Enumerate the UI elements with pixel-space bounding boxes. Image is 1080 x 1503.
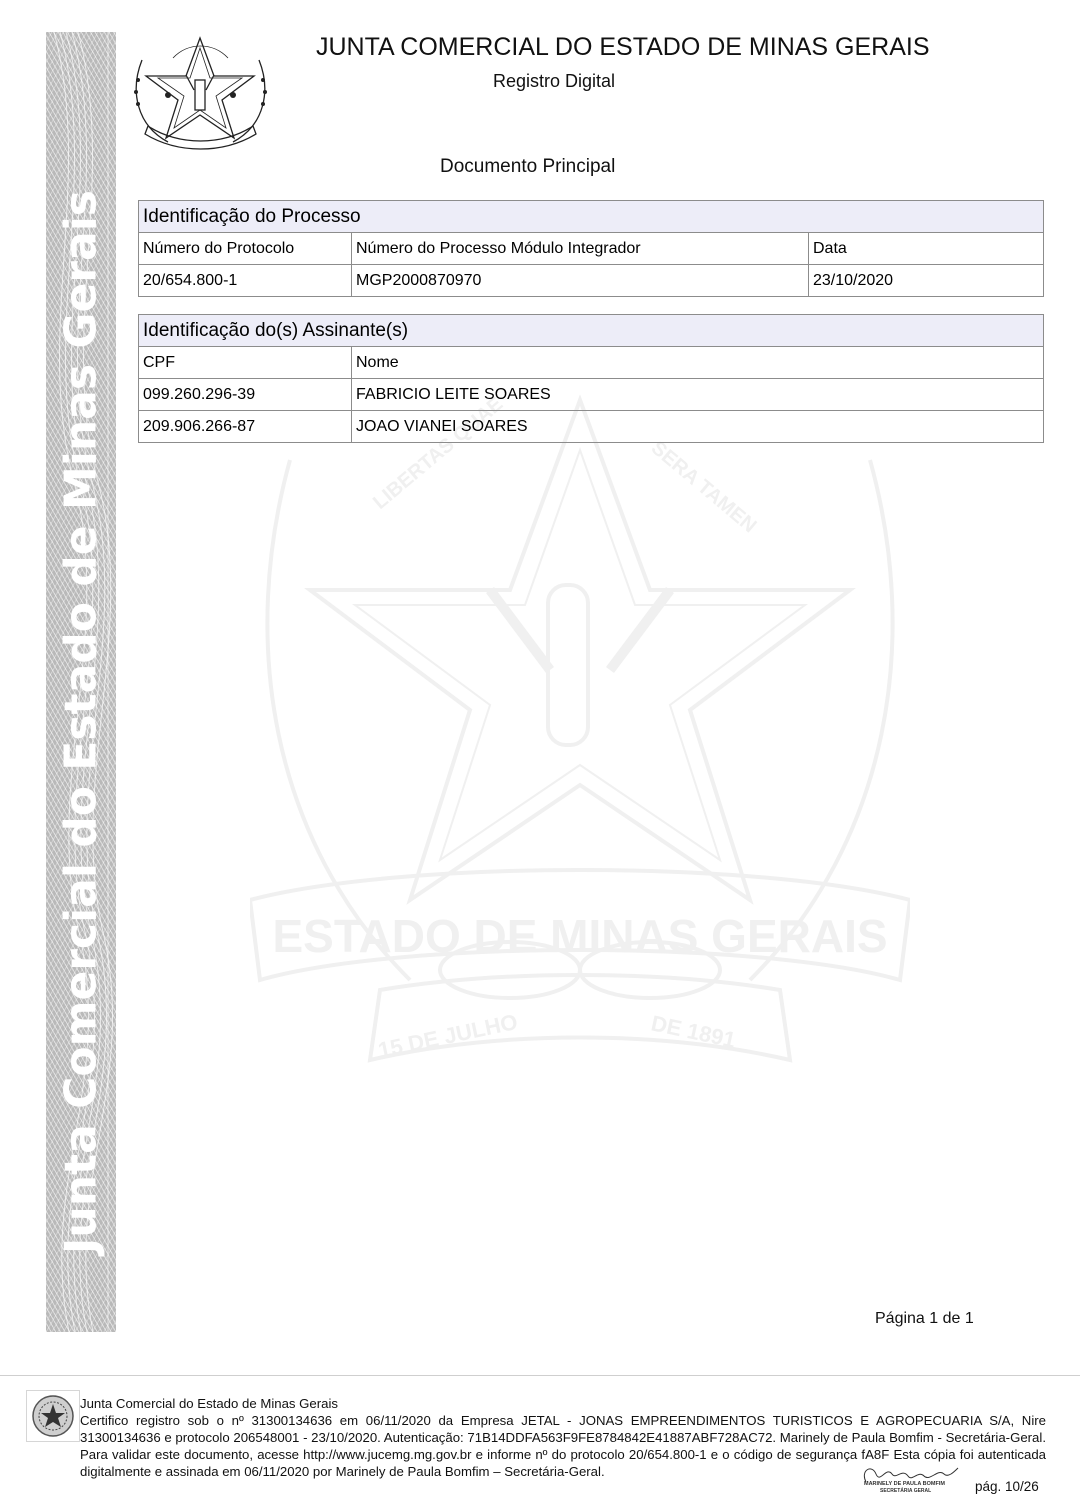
column-header-protocol: Número do Protocolo	[139, 233, 352, 265]
side-banner-text: Junta Comercial do Estado de Minas Gerai…	[56, 190, 107, 1254]
organization-title: JUNTA COMERCIAL DO ESTADO DE MINAS GERAI…	[316, 33, 930, 62]
signer-cpf: 099.260.296-39	[139, 379, 352, 411]
table-row: 099.260.296-39 FABRICIO LEITE SOARES	[139, 379, 1044, 411]
side-security-banner: Junta Comercial do Estado de Minas Gerai…	[46, 32, 116, 1332]
table-header-row: CPF Nome	[139, 347, 1044, 379]
column-header-date: Data	[809, 233, 1044, 265]
signature-name: MARINELY DE PAULA BOMFIM	[864, 1481, 945, 1487]
organization-subtitle: Registro Digital	[493, 71, 615, 92]
page-count: pág. 10/26	[975, 1479, 1039, 1494]
process-date: 23/10/2020	[809, 265, 1044, 297]
signer-name: JOAO VIANEI SOARES	[352, 411, 1044, 443]
signers-identification-table: Identificação do(s) Assinante(s) CPF Nom…	[138, 314, 1044, 443]
table-row: 209.906.266-87 JOAO VIANEI SOARES	[139, 411, 1044, 443]
column-header-process-number: Número do Processo Módulo Integrador	[352, 233, 809, 265]
column-header-cpf: CPF	[139, 347, 352, 379]
process-number: MGP2000870970	[352, 265, 809, 297]
svg-text:ESTADO DE MINAS GERAIS: ESTADO DE MINAS GERAIS	[272, 910, 887, 962]
table-row: 20/654.800-1 MGP2000870970 23/10/2020	[139, 265, 1044, 297]
signature-stamp: MARINELY DE PAULA BOMFIM SECRETÁRIA GERA…	[858, 1480, 968, 1502]
coat-of-arms-watermark-icon: LIBERTAS QUAE SERA TAMEN ESTADO DE MINAS…	[250, 340, 910, 1100]
svg-text:SERA TAMEN: SERA TAMEN	[647, 437, 761, 537]
signer-cpf: 209.906.266-87	[139, 411, 352, 443]
signers-table-title: Identificação do(s) Assinante(s)	[139, 315, 1044, 347]
signer-name: FABRICIO LEITE SOARES	[352, 379, 1044, 411]
footer-divider	[0, 1375, 1080, 1376]
table-header-row: Número do Protocolo Número do Processo M…	[139, 233, 1044, 265]
protocol-number: 20/654.800-1	[139, 265, 352, 297]
state-seal-icon	[26, 1390, 80, 1442]
svg-text:15 DE JULHO: 15 DE JULHO	[376, 1009, 520, 1063]
signature-role: SECRETÁRIA GERAL	[880, 1488, 931, 1494]
process-table-title: Identificação do Processo	[139, 201, 1044, 233]
document-title: Documento Principal	[440, 156, 615, 178]
column-header-name: Nome	[352, 347, 1044, 379]
process-identification-table: Identificação do Processo Número do Prot…	[138, 200, 1044, 297]
footer-organization: Junta Comercial do Estado de Minas Gerai…	[80, 1395, 1046, 1412]
svg-text:DE 1891: DE 1891	[649, 1010, 738, 1052]
minas-gerais-coat-of-arms-icon	[128, 30, 273, 155]
page-indicator: Página 1 de 1	[875, 1310, 974, 1328]
